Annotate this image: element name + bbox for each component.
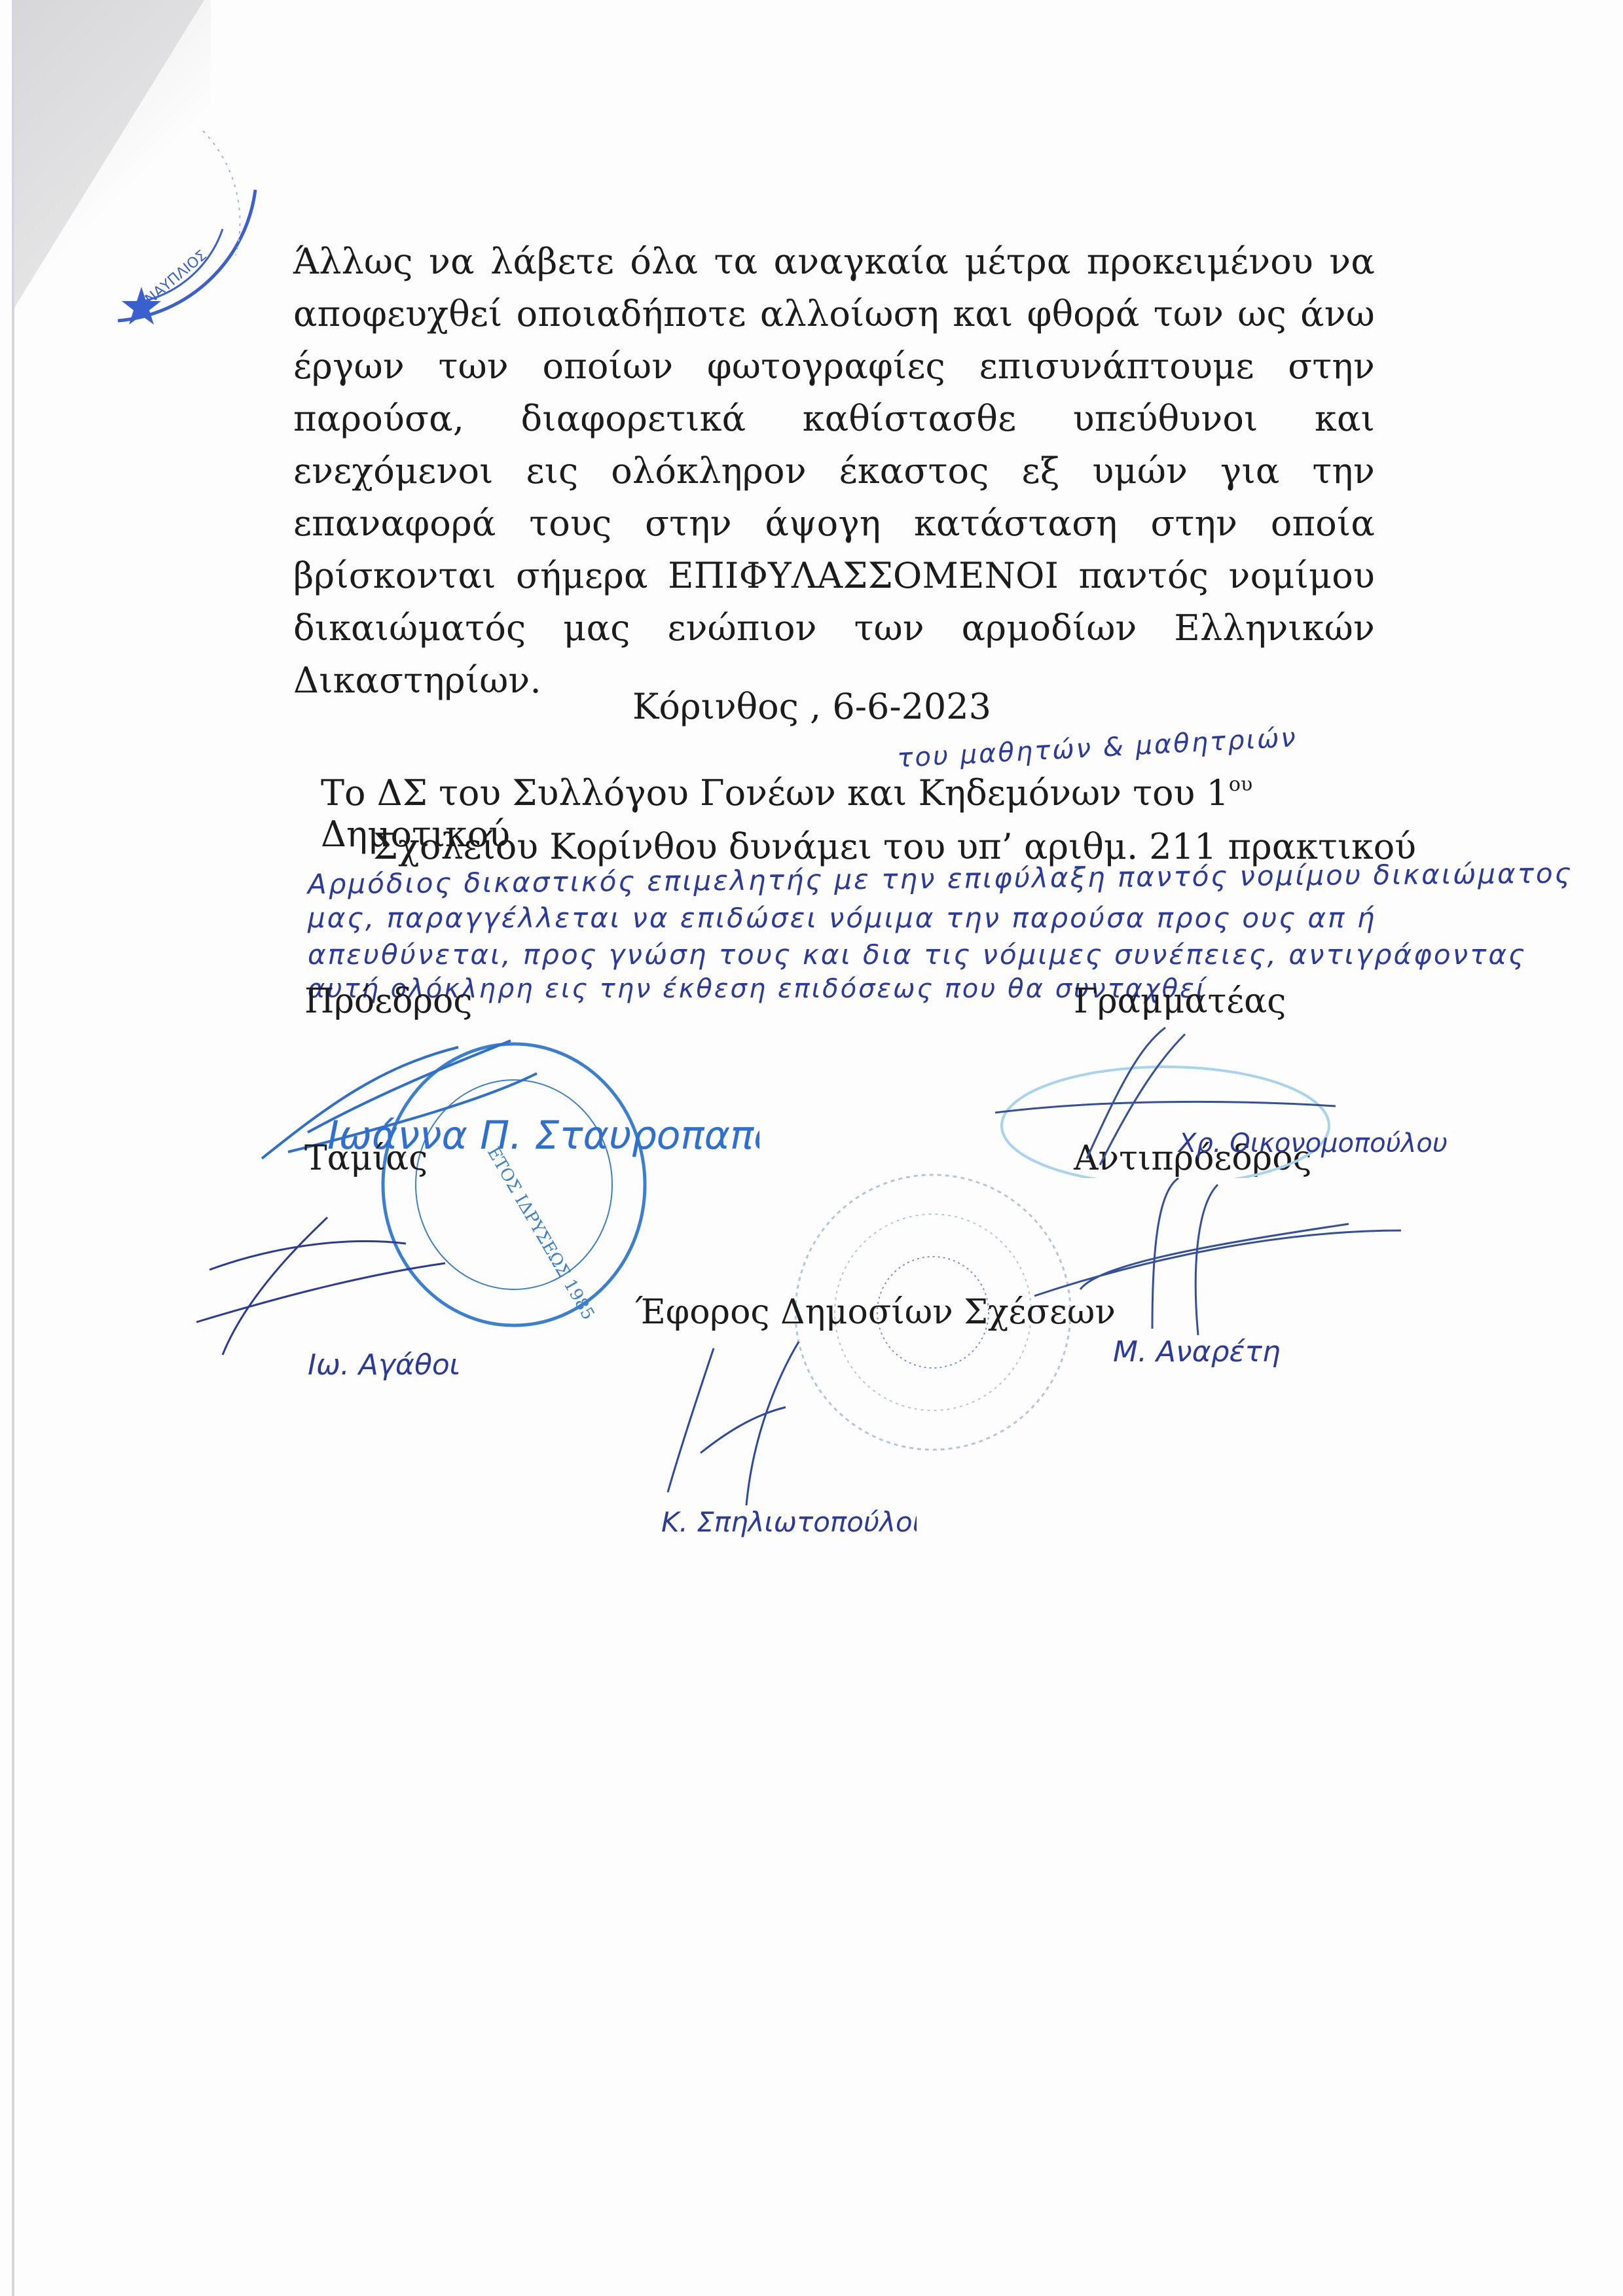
- scan-edge: [12, 0, 14, 2296]
- place-date: Κόρινθος , 6-6-2023: [262, 686, 1362, 727]
- signature-vice-president-icon: Μ. Αναρέτη: [1021, 1165, 1493, 1368]
- svg-text:ΝΑΥΠΛΙΟΣ: ΝΑΥΠΛΙΟΣ: [142, 247, 210, 308]
- role-secretary: Γραμματέας: [1074, 982, 1286, 1021]
- svg-text:Μ. Αναρέτη: Μ. Αναρέτη: [1113, 1335, 1281, 1368]
- stamp-top-left-icon: ΝΑΥΠΛΙΟΣ: [39, 59, 275, 334]
- signature-public-relations-icon: Κ. Σπηλιωτοπούλου: [642, 1335, 917, 1545]
- paragraph-text: Άλλως να λάβετε όλα τα αναγκαία μέτρα πρ…: [293, 236, 1375, 707]
- signature-treasurer-icon: Ιω. Αγάθου.: [183, 1191, 458, 1388]
- handwritten-insert: του μαθητών & μαθητριών: [896, 723, 1298, 774]
- scanned-page: ΝΑΥΠΛΙΟΣ Άλλως να λάβετε όλα τα αναγκαία…: [0, 0, 1623, 2296]
- signature-secretary-icon: Χρ. Οικονομοπούλου: [969, 1021, 1467, 1178]
- main-paragraph: Άλλως να λάβετε όλα τα αναγκαία μέτρα πρ…: [293, 236, 1375, 707]
- svg-text:Χρ. Οικονομοπούλου: Χρ. Οικονομοπούλου: [1177, 1128, 1448, 1158]
- svg-text:Ιω. Αγάθου.: Ιω. Αγάθου.: [308, 1348, 458, 1382]
- role-treasurer: Ταμίας: [304, 1139, 428, 1178]
- svg-text:Κ. Σπηλιωτοπούλου: Κ. Σπηλιωτοπούλου: [661, 1506, 917, 1538]
- role-president: Πρόεδρος: [304, 982, 472, 1021]
